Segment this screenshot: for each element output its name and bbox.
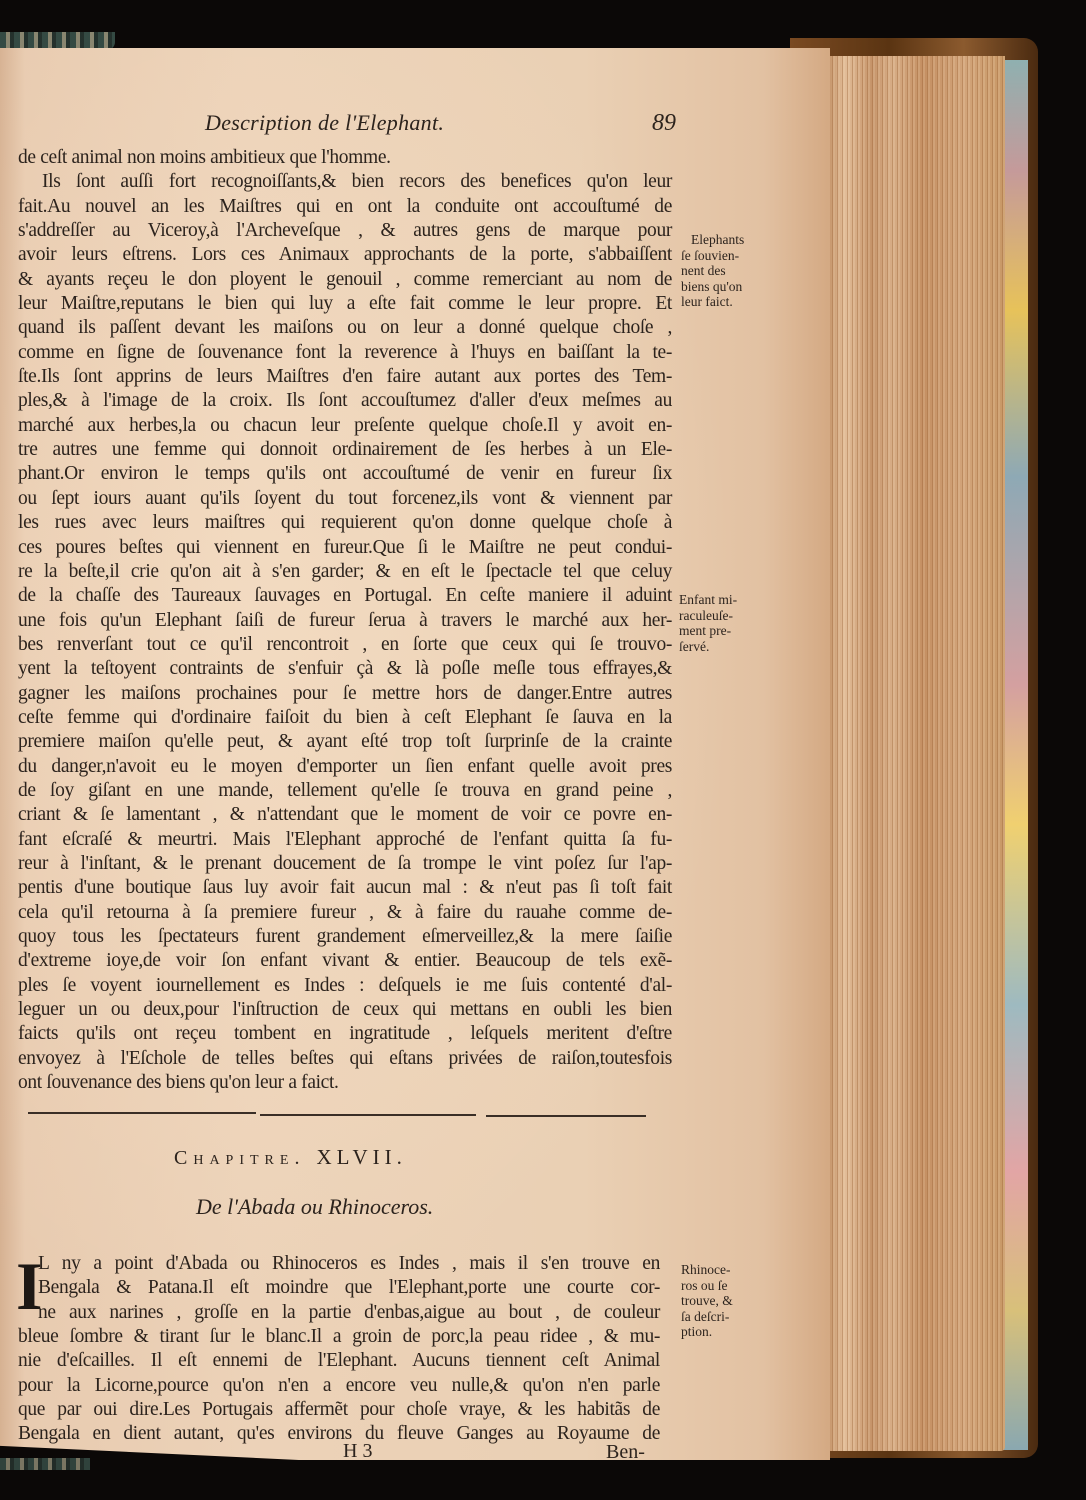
- text-line: bleue ſombre & tirant ſur le blanc.Il a …: [18, 1325, 660, 1349]
- section-divider-rule: [28, 1111, 648, 1117]
- text-line: ceſte femme qui d'ordinaire faiſoit du b…: [18, 706, 672, 730]
- binding-edge-bottom: [0, 1458, 90, 1470]
- text-line: envoyez à l'Eſchole de telles beſtes qui…: [18, 1047, 672, 1071]
- text-line: faicts qu'ils ont reçeu tombent en ingra…: [18, 1022, 672, 1046]
- text-line: de ſoy giſant en une mande, tellement qu…: [18, 779, 672, 803]
- text-line: nie d'eſcailles. Il eſt ennemi de l'Elep…: [18, 1349, 660, 1373]
- text-line: pentis d'une boutique ſaus luy avoir fai…: [18, 876, 672, 900]
- page-stack-edge: [800, 56, 1005, 1451]
- text-line: cela qu'il retourna à ſa premiere fureur…: [18, 901, 672, 925]
- text-line: ſte.Ils ſont apprins de leurs Maiſtres d…: [18, 365, 672, 389]
- text-line: Bengala en dient autant, qu'es environs …: [18, 1422, 660, 1446]
- text-line: une fois qu'un Elephant ſaiſi de fureur …: [18, 609, 672, 633]
- text-line: gagner les maiſons prochaines pour ſe me…: [18, 682, 672, 706]
- text-line: pour la Licorne,pource qu'on n'en a enco…: [18, 1374, 660, 1398]
- text-line: L ny a point d'Abada ou Rhinoceros es In…: [18, 1252, 660, 1276]
- chapter-title: De l'Abada ou Rhinoceros.: [196, 1194, 433, 1220]
- text-line: re la beſte,il crie qu'on ait à s'en gar…: [18, 560, 672, 584]
- text-line: de la chaſſe des Taureaux ſauvages en Po…: [18, 584, 672, 608]
- chapter-body-text: L ny a point d'Abada ou Rhinoceros es In…: [18, 1252, 660, 1447]
- text-line: fait.Au nouvel an les Maiſtres qui en on…: [18, 195, 672, 219]
- text-line: Ils ſont auſſi fort recognoiſſants,& bie…: [18, 170, 672, 194]
- text-line: d'extreme ioye,de voir ſon enfant vivant…: [18, 949, 672, 973]
- running-head: Description de l'Elephant.: [205, 110, 444, 136]
- text-line: ces poures beſtes qui viennent en fureur…: [18, 536, 672, 560]
- chapter-label: Chapitre.: [174, 1147, 305, 1169]
- text-line: tre autres une femme qui donnoit ordinai…: [18, 438, 672, 462]
- text-line: de ceſt animal non moins ambitieux que l…: [18, 146, 672, 170]
- text-line: ont ſouvenance des biens qu'on leur a fa…: [18, 1071, 672, 1095]
- text-line: quand ils paſſent devant les maiſons ou …: [18, 316, 672, 340]
- text-line: ples,& à l'image de la croix. Ils ſont a…: [18, 389, 672, 413]
- binding-edge-top: [0, 32, 115, 50]
- text-line: ou ſept iours auant qu'ils ſoyent du tou…: [18, 487, 672, 511]
- text-line: Bengala & Patana.Il eſt moindre que l'El…: [18, 1276, 660, 1300]
- text-line: criant & ſe lamentant , & n'attendant qu…: [18, 803, 672, 827]
- chapter-number: XLVII.: [316, 1145, 406, 1169]
- text-line: du danger,n'avoit eu le moyen d'emporter…: [18, 755, 672, 779]
- page-number: 89: [652, 110, 676, 137]
- text-line: que par oui dire.Les Portugais affermẽt …: [18, 1398, 660, 1422]
- text-line: comme en ſigne de ſouvenance font la rev…: [18, 341, 672, 365]
- signature-mark: H 3: [343, 1440, 372, 1463]
- text-line: & ayants reçeu le don ployent le genouil…: [18, 268, 672, 292]
- catchword: Ben-: [606, 1441, 645, 1464]
- text-line: bes renverſant tout ce qu'il rencontroit…: [18, 633, 672, 657]
- text-line: avoir leurs eſtrens. Lors ces Animaux ap…: [18, 243, 672, 267]
- text-line: premiere maiſon qu'elle peut, & ayant eſ…: [18, 730, 672, 754]
- margin-note-child-saved: Enfant mi- raculeuſe- ment pre- ſervé.: [679, 592, 769, 654]
- margin-note-rhinoceros: Rhinoce- ros ou ſe trouve, & ſa deſcri- …: [681, 1262, 771, 1340]
- text-line: ne aux narines , groſſe en la partie d'e…: [18, 1301, 660, 1325]
- text-line: yent la teſtoyent contraints de s'enfuir…: [18, 657, 672, 681]
- text-line: ples ſe voyent iournellement es Indes : …: [18, 974, 672, 998]
- text-line: leur Maiſtre,reputans le bien qui luy a …: [18, 292, 672, 316]
- text-line: fant eſcraſé & meurtri. Mais l'Elephant …: [18, 828, 672, 852]
- book-page: Description de l'Elephant. 89 de ceſt an…: [0, 48, 830, 1460]
- text-line: quoy tous les ſpectateurs furent grandem…: [18, 925, 672, 949]
- text-line: reur à l'inſtant, & le prenant doucement…: [18, 852, 672, 876]
- margin-note-elephants-remember: Elephants ſe ſouvien- nent des biens qu'…: [681, 232, 771, 310]
- chapter-heading: Chapitre. XLVII.: [174, 1145, 407, 1170]
- text-line: leguer un ou deux,pour l'inſtruction de …: [18, 998, 672, 1022]
- text-line: les rues avec leurs maiſtres qui requier…: [18, 511, 672, 535]
- text-line: marché aux herbes,la ou chacun leur preſ…: [18, 414, 672, 438]
- body-text: de ceſt animal non moins ambitieux que l…: [18, 146, 672, 1095]
- text-line: phant.Or environ le temps qu'ils ont acc…: [18, 462, 672, 486]
- text-line: s'addreſſer au Viceroy,à l'Archeveſque ,…: [18, 219, 672, 243]
